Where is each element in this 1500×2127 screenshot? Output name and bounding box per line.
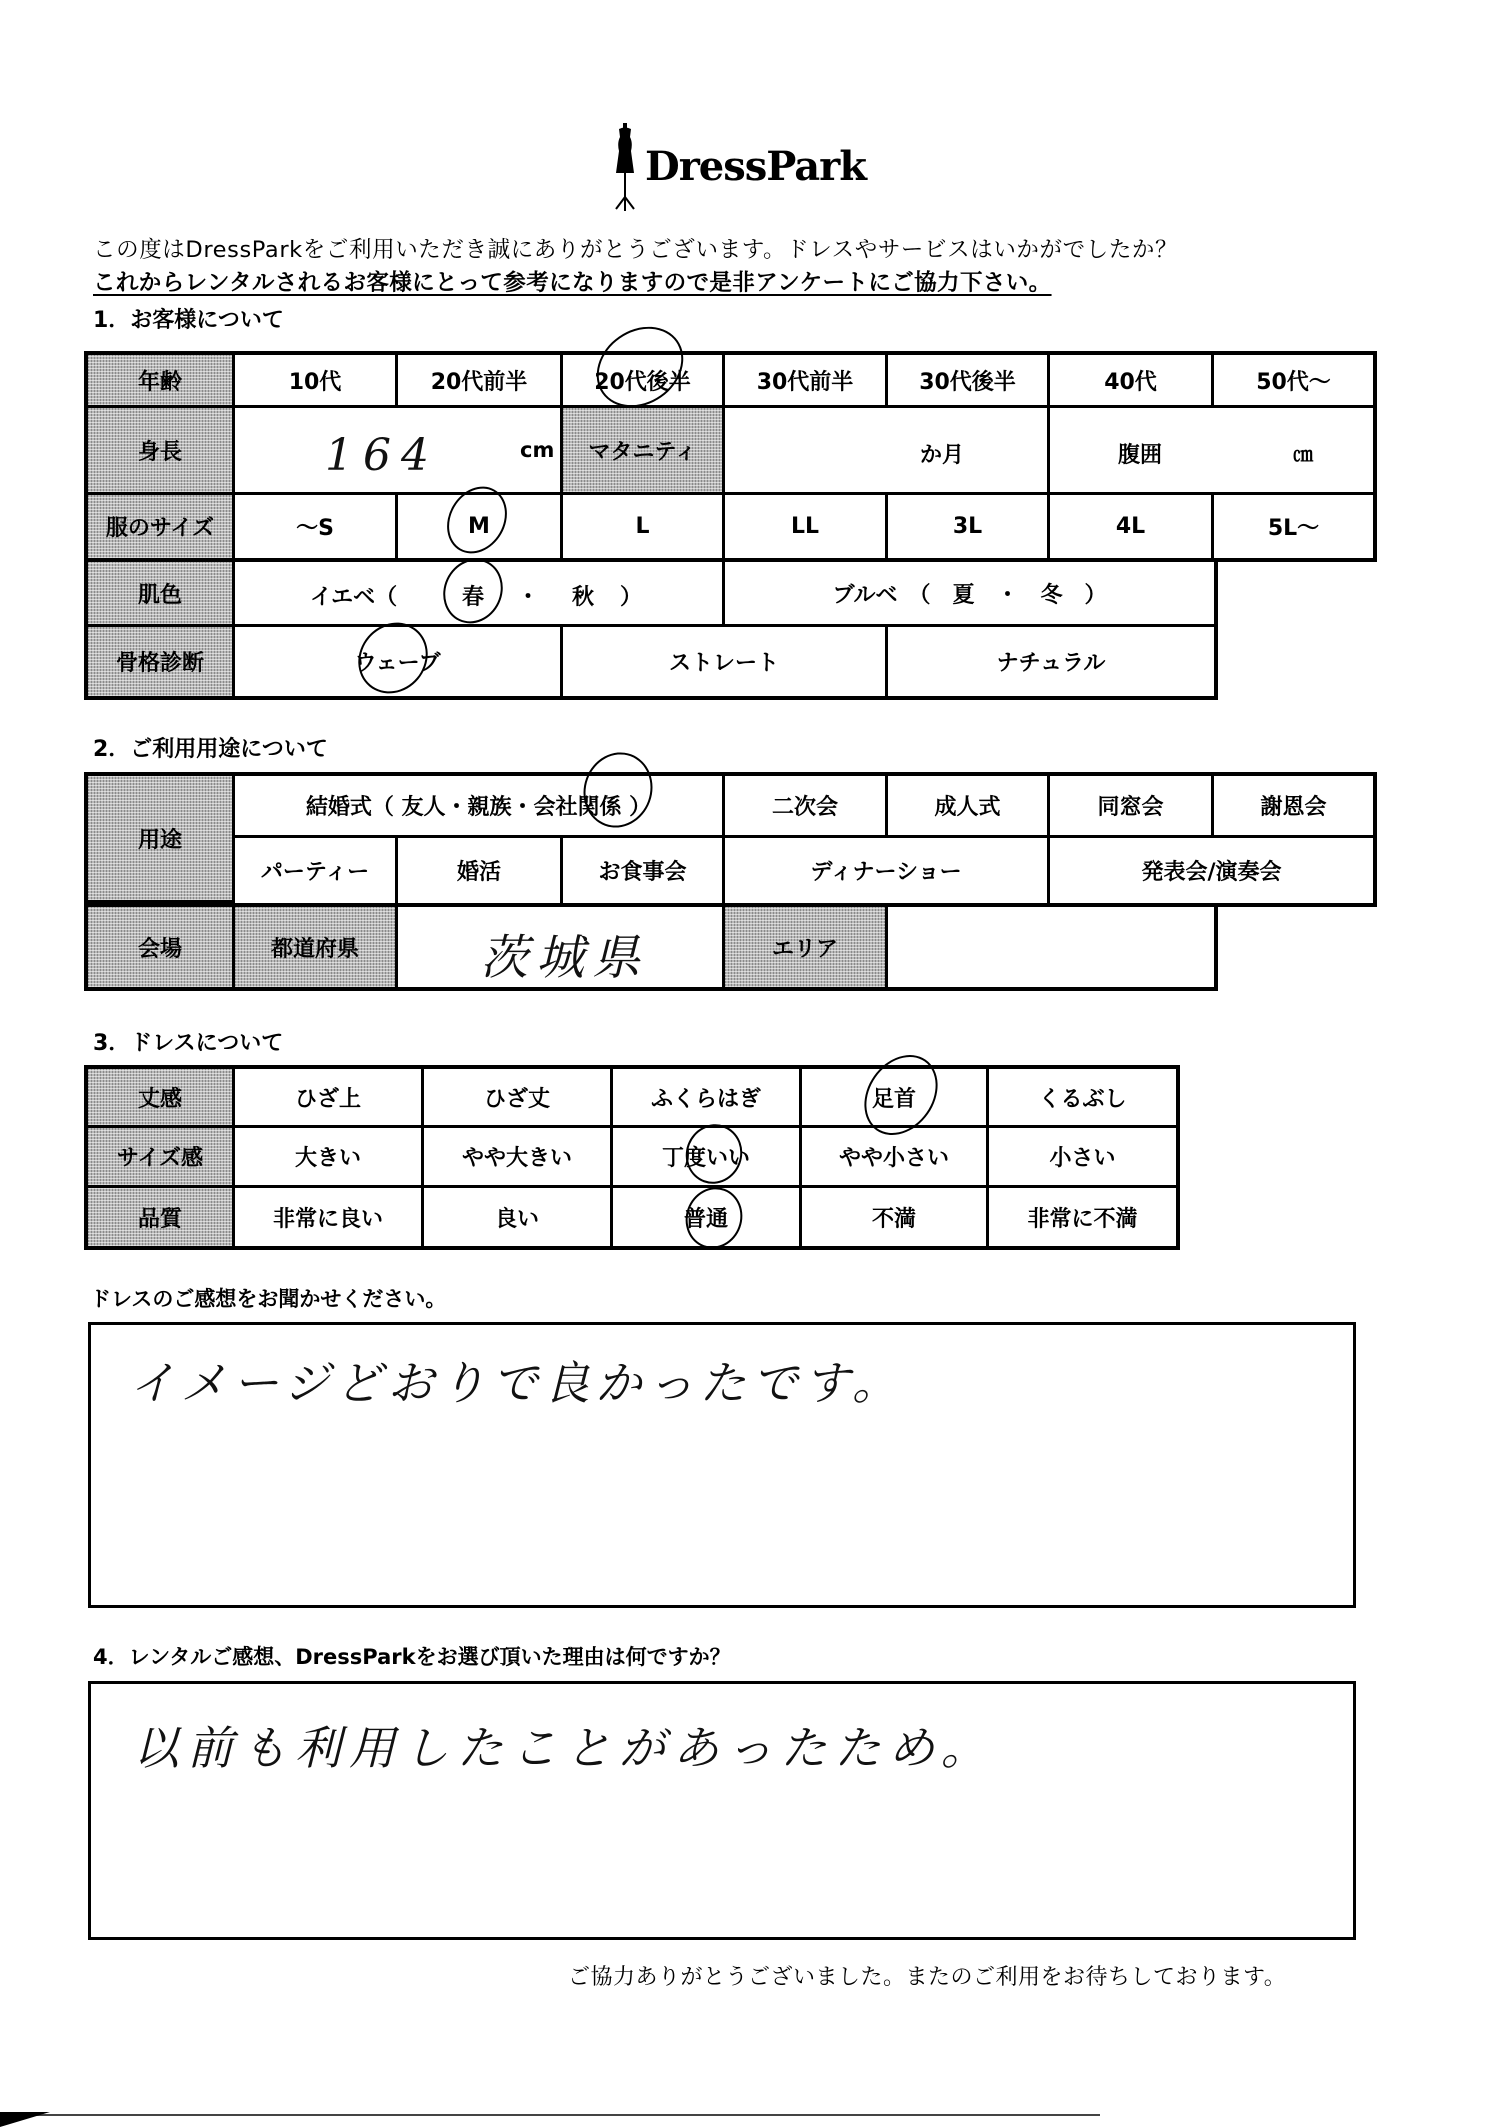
skin-option-autumn[interactable]: 秋 (572, 580, 594, 611)
section3-title: 3．ドレスについて (93, 1026, 283, 1057)
skeleton-option-wave[interactable]: ウェーブ (235, 627, 563, 696)
purpose-option-konkatsu[interactable]: 婚活 (398, 838, 563, 903)
skin-option-spring[interactable]: 春 (462, 580, 484, 611)
scan-edge-line (0, 2114, 1100, 2116)
length-option-calf[interactable]: ふくらはぎ (613, 1069, 802, 1128)
logo-text: DressPark (645, 145, 866, 189)
age-option-early-20s[interactable]: 20代前半 (398, 355, 563, 408)
skeleton-label: 骨格診断 (88, 627, 235, 696)
quality-option-dissatisfied[interactable]: 不満 (802, 1188, 989, 1246)
size-option-l[interactable]: L (563, 495, 725, 558)
age-option-10s[interactable]: 10代 (235, 355, 398, 408)
size-option-s[interactable]: ～S (235, 495, 398, 558)
fit-option-slightly-small[interactable]: やや小さい (802, 1128, 989, 1188)
fit-option-large[interactable]: 大きい (235, 1128, 424, 1188)
dresspark-logo: DressPark (605, 115, 845, 215)
waist-label: 腹囲 (1118, 438, 1162, 469)
prefecture-label: 都道府県 (235, 907, 398, 987)
length-option-knee[interactable]: ひざ丈 (424, 1069, 613, 1128)
purpose-option-thanks-party[interactable]: 謝恩会 (1214, 776, 1373, 838)
skeleton-option-natural[interactable]: ナチュラル (888, 627, 1214, 696)
size-label: 服のサイズ (88, 495, 235, 558)
size-option-5l-plus[interactable]: 5L～ (1214, 495, 1373, 558)
section1-title: 1．お客様について (93, 303, 284, 334)
section4-title: 4．レンタルご感想、DressParkをお選び頂いた理由は何ですか？ (93, 1641, 731, 1671)
intro-text: この度はDressParkをご利用いただき誠にありがとうございます。ドレスやサー… (93, 232, 1178, 264)
area-label: エリア (725, 907, 888, 987)
purpose-option-recital[interactable]: 発表会/演奏会 (1050, 838, 1373, 903)
yellow-base-label: イエベ（ (310, 580, 397, 611)
height-unit: cm (520, 438, 554, 462)
age-option-late-20s[interactable]: 20代後半 (563, 355, 725, 408)
quality-option-very-good[interactable]: 非常に良い (235, 1188, 424, 1246)
height-label: 身長 (88, 408, 235, 495)
purpose-option-party[interactable]: パーティー (235, 838, 398, 903)
section2-title: 2．ご利用用途について (93, 732, 328, 763)
length-option-ankle[interactable]: 足首 (802, 1069, 989, 1128)
dress-comment-prompt: ドレスのご感想をお聞かせください。 (90, 1283, 446, 1313)
dress-comment-value: イメージどおりで良かったです。 (129, 1347, 904, 1413)
quality-label: 品質 (88, 1188, 235, 1246)
fit-option-small[interactable]: 小さい (989, 1128, 1176, 1188)
fit-option-just-right[interactable]: 丁度いい (613, 1128, 802, 1188)
height-value: 164 (325, 430, 439, 481)
purpose-option-wedding[interactable]: 結婚式（ 友人・親族・会社関係 ） (235, 776, 725, 838)
area-field[interactable] (888, 907, 1214, 987)
purpose-option-reunion[interactable]: 同窓会 (1050, 776, 1214, 838)
dress-comment-box[interactable]: イメージどおりで良かったです。 (88, 1322, 1356, 1608)
purpose-option-after-party[interactable]: 二次会 (725, 776, 888, 838)
maternity-label: マタニティ (563, 408, 725, 495)
footer-thanks: ご協力ありがとうございました。またのご利用をお待ちしております。 (568, 1960, 1286, 1991)
skin-label: 肌色 (88, 562, 235, 627)
blue-base-option[interactable]: ブルベ （ 夏 ・ 冬 ） (725, 562, 1214, 627)
size-option-m[interactable]: M (398, 495, 563, 558)
age-label: 年齢 (88, 355, 235, 408)
prefecture-field[interactable]: 茨城県 (398, 907, 725, 987)
size-option-4l[interactable]: 4L (1050, 495, 1214, 558)
height-field[interactable]: 164 cm (235, 408, 563, 495)
quality-option-very-dissatisfied[interactable]: 非常に不満 (989, 1188, 1176, 1246)
length-option-ankle-bone[interactable]: くるぶし (989, 1069, 1176, 1128)
length-option-above-knee[interactable]: ひざ上 (235, 1069, 424, 1128)
size-option-3l[interactable]: 3L (888, 495, 1050, 558)
waist-field[interactable]: 腹囲 ㎝ (1050, 408, 1373, 495)
intro-request-text: これからレンタルされるお客様にとって参考になりますので是非アンケートにご協力下さ… (93, 265, 1052, 297)
waist-unit: ㎝ (1293, 438, 1313, 467)
fit-option-slightly-large[interactable]: やや大きい (424, 1128, 613, 1188)
age-option-50s-plus[interactable]: 50代～ (1214, 355, 1373, 408)
purpose-option-coming-of-age[interactable]: 成人式 (888, 776, 1050, 838)
prefecture-value: 茨城県 (480, 919, 648, 988)
size-option-ll[interactable]: LL (725, 495, 888, 558)
mannequin-icon (613, 123, 637, 211)
close-paren: ） (620, 580, 642, 611)
quality-option-average[interactable]: 普通 (613, 1188, 802, 1246)
age-option-late-30s[interactable]: 30代後半 (888, 355, 1050, 408)
age-option-early-30s[interactable]: 30代前半 (725, 355, 888, 408)
separator-dot: ・ (517, 580, 539, 611)
purpose-option-dinner[interactable]: お食事会 (563, 838, 725, 903)
skeleton-option-straight[interactable]: ストレート (563, 627, 888, 696)
age-option-40s[interactable]: 40代 (1050, 355, 1214, 408)
venue-label: 会場 (88, 907, 235, 987)
purpose-option-dinner-show[interactable]: ディナーショー (725, 838, 1050, 903)
scan-corner-artifact (0, 2112, 50, 2127)
length-label: 丈感 (88, 1069, 235, 1128)
quality-option-good[interactable]: 良い (424, 1188, 613, 1246)
yellow-base-option[interactable]: イエベ（ 春 ・ 秋 ） (235, 562, 725, 627)
maternity-months-field[interactable]: か月 (725, 408, 1050, 495)
months-unit: か月 (920, 438, 964, 469)
reason-answer-box[interactable]: 以前も利用したことがあったため。 (88, 1681, 1356, 1940)
purpose-label: 用途 (88, 776, 235, 903)
fit-label: サイズ感 (88, 1128, 235, 1188)
reason-answer-value: 以前も利用したことがあったため。 (133, 1712, 995, 1778)
